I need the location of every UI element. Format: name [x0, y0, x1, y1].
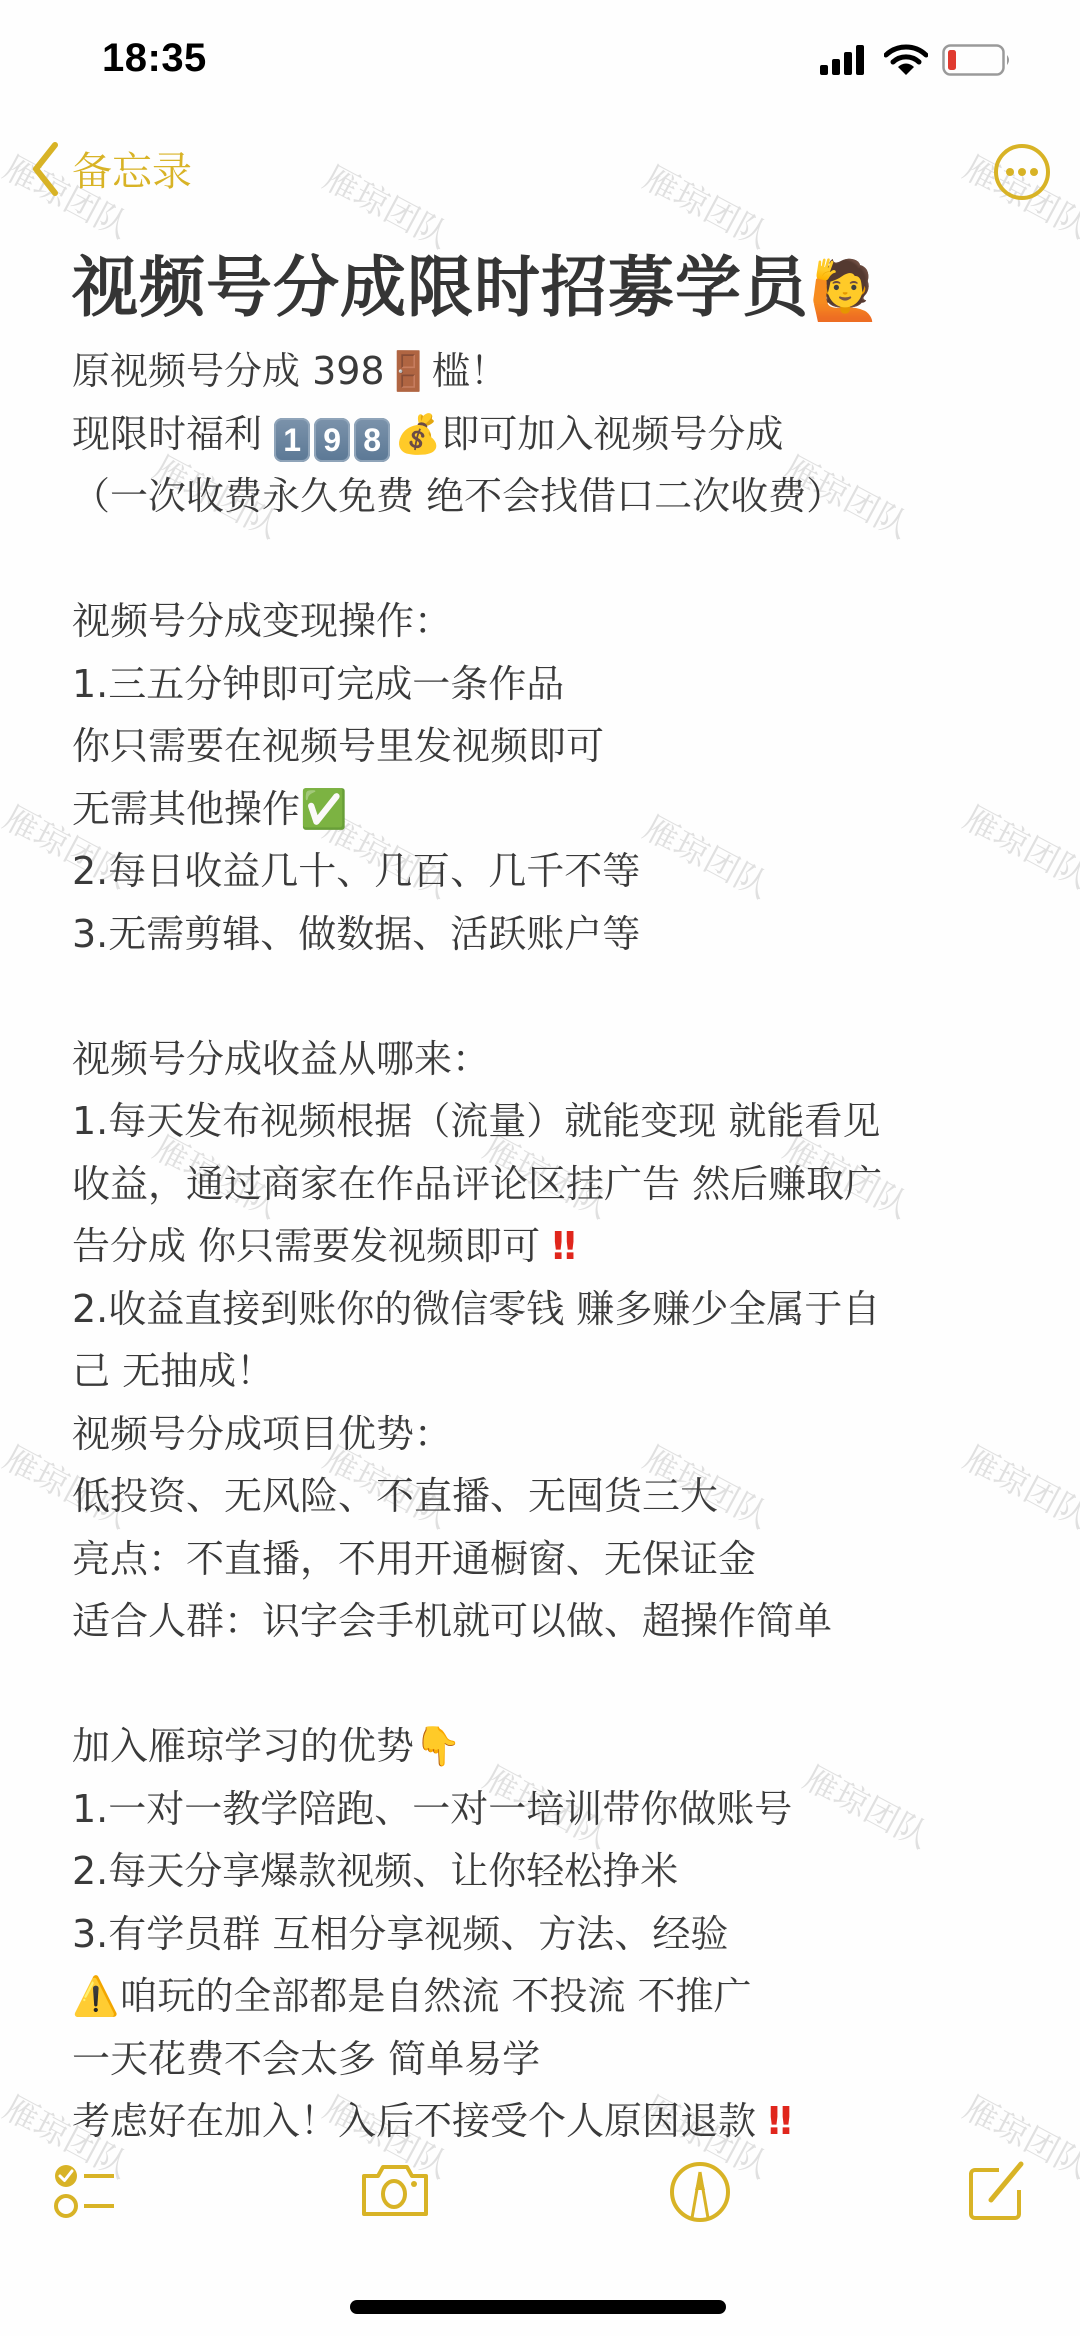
section1-heading: 视频号分成变现操作：	[72, 590, 1032, 653]
blank-line	[72, 965, 1032, 1028]
note-title: 视频号分成限时招募学员🙋	[72, 238, 1032, 340]
keycap-8-icon: 8	[354, 418, 390, 462]
section1-line: 无需其他操作✅	[72, 778, 1032, 841]
door-emoji-icon: 🚪	[385, 349, 432, 393]
pointing-down-emoji-icon: 👇	[414, 1724, 461, 1768]
camera-icon	[360, 2160, 430, 2220]
check-mark-emoji-icon: ✅	[300, 787, 347, 831]
intro-line-2: 现限时福利 198💰即可加入视频号分成	[72, 403, 1032, 466]
section3-line: 亮点：不直播，不用开通橱窗、无保证金	[72, 1528, 1032, 1591]
section3-heading: 视频号分成项目优势：	[72, 1403, 1032, 1466]
section2-line: 2.收益直接到账你的微信零钱 赚多赚少全属于自	[72, 1278, 1032, 1341]
bottom-toolbar	[0, 2160, 1080, 2270]
section1-line: 3.无需剪辑、做数据、活跃账户等	[72, 903, 1032, 966]
section2-line-text: 告分成 你只需要发视频即可	[72, 1224, 540, 1268]
chevron-left-icon	[30, 141, 60, 197]
section1-line: 1.三五分钟即可完成一条作品	[72, 653, 1032, 716]
money-bag-emoji-icon: 💰	[394, 412, 441, 456]
blank-line	[72, 528, 1032, 591]
section4-line: 3.有学员群 互相分享视频、方法、经验	[72, 1903, 1032, 1966]
battery-low-icon	[942, 44, 1012, 76]
status-bar: 18:35	[0, 0, 1080, 120]
ellipsis-circle-icon	[992, 142, 1052, 202]
markup-button[interactable]	[668, 2160, 732, 2228]
note-body[interactable]: 视频号分成限时招募学员🙋 原视频号分成 398🚪槛！ 现限时福利 198💰即可加…	[72, 238, 1032, 2153]
section1-line-text: 无需其他操作	[72, 787, 300, 831]
section4-line: ⚠️咱玩的全部都是自然流 不投流 不推广	[72, 1965, 1032, 2028]
keycap-1-icon: 1	[274, 418, 310, 462]
intro-line-2-suffix: 即可加入视频号分成	[441, 412, 783, 456]
section4-line: 1.一对一教学陪跑、一对一培训带你做账号	[72, 1778, 1032, 1841]
back-label: 备忘录	[72, 140, 192, 197]
intro-line-3: （一次收费永久免费 绝不会找借口二次收费）	[72, 465, 1032, 528]
section2-line: 收益，通过商家在作品评论区挂广告 然后赚取广	[72, 1153, 1032, 1216]
cellular-signal-icon	[820, 45, 870, 75]
status-time: 18:35	[102, 36, 207, 81]
status-icons	[820, 44, 1012, 76]
section4-line: 考虑好在加入！入后不接受个人原因退款 ‼	[72, 2090, 1032, 2153]
double-exclamation-icon: ‼	[552, 1224, 570, 1268]
nav-bar: 备忘录	[0, 130, 1080, 220]
markup-pen-icon	[668, 2160, 732, 2224]
section3-line: 低投资、无风险、不直播、无囤货三大	[72, 1465, 1032, 1528]
section2-line: 告分成 你只需要发视频即可 ‼	[72, 1215, 1032, 1278]
raising-hand-emoji-icon: 🙋	[809, 256, 882, 324]
section4-line: 一天花费不会太多 简单易学	[72, 2028, 1032, 2091]
warning-emoji-icon: ⚠️	[72, 1974, 119, 2018]
keycap-9-icon: 9	[314, 418, 350, 462]
section4-line: 2.每天分享爆款视频、让你轻松挣米	[72, 1840, 1032, 1903]
checklist-icon	[52, 2160, 122, 2230]
note-title-text: 视频号分成限时招募学员	[72, 249, 809, 326]
back-button[interactable]: 备忘录	[30, 140, 192, 197]
home-indicator[interactable]	[350, 2300, 726, 2314]
intro-line-1-prefix: 原视频号分成 398	[72, 349, 385, 393]
section2-line: 1.每天发布视频根据（流量）就能变现 就能看见	[72, 1090, 1032, 1153]
camera-button[interactable]	[360, 2160, 430, 2224]
wifi-icon	[884, 44, 928, 76]
section4-heading-text: 加入雁琼学习的优势	[72, 1724, 414, 1768]
section4-heading: 加入雁琼学习的优势👇	[72, 1715, 1032, 1778]
intro-line-1: 原视频号分成 398🚪槛！	[72, 340, 1032, 403]
section1-line: 2.每日收益几十、几百、几千不等	[72, 840, 1032, 903]
double-exclamation-icon: ‼	[768, 2099, 786, 2143]
section1-line: 你只需要在视频号里发视频即可	[72, 715, 1032, 778]
intro-line-2-prefix: 现限时福利	[72, 412, 274, 456]
more-options-button[interactable]	[992, 142, 1052, 206]
section2-line: 己 无抽成！	[72, 1340, 1032, 1403]
section4-line-text: 咱玩的全部都是自然流 不投流 不推广	[119, 1974, 751, 2018]
section2-heading: 视频号分成收益从哪来：	[72, 1028, 1032, 1091]
compose-icon	[965, 2160, 1029, 2224]
blank-line	[72, 1653, 1032, 1716]
checklist-button[interactable]	[52, 2160, 122, 2234]
intro-line-1-suffix: 槛！	[432, 349, 508, 393]
section4-line-text: 考虑好在加入！入后不接受个人原因退款	[72, 2099, 756, 2143]
section3-line: 适合人群：识字会手机就可以做、超操作简单	[72, 1590, 1032, 1653]
compose-button[interactable]	[965, 2160, 1029, 2228]
